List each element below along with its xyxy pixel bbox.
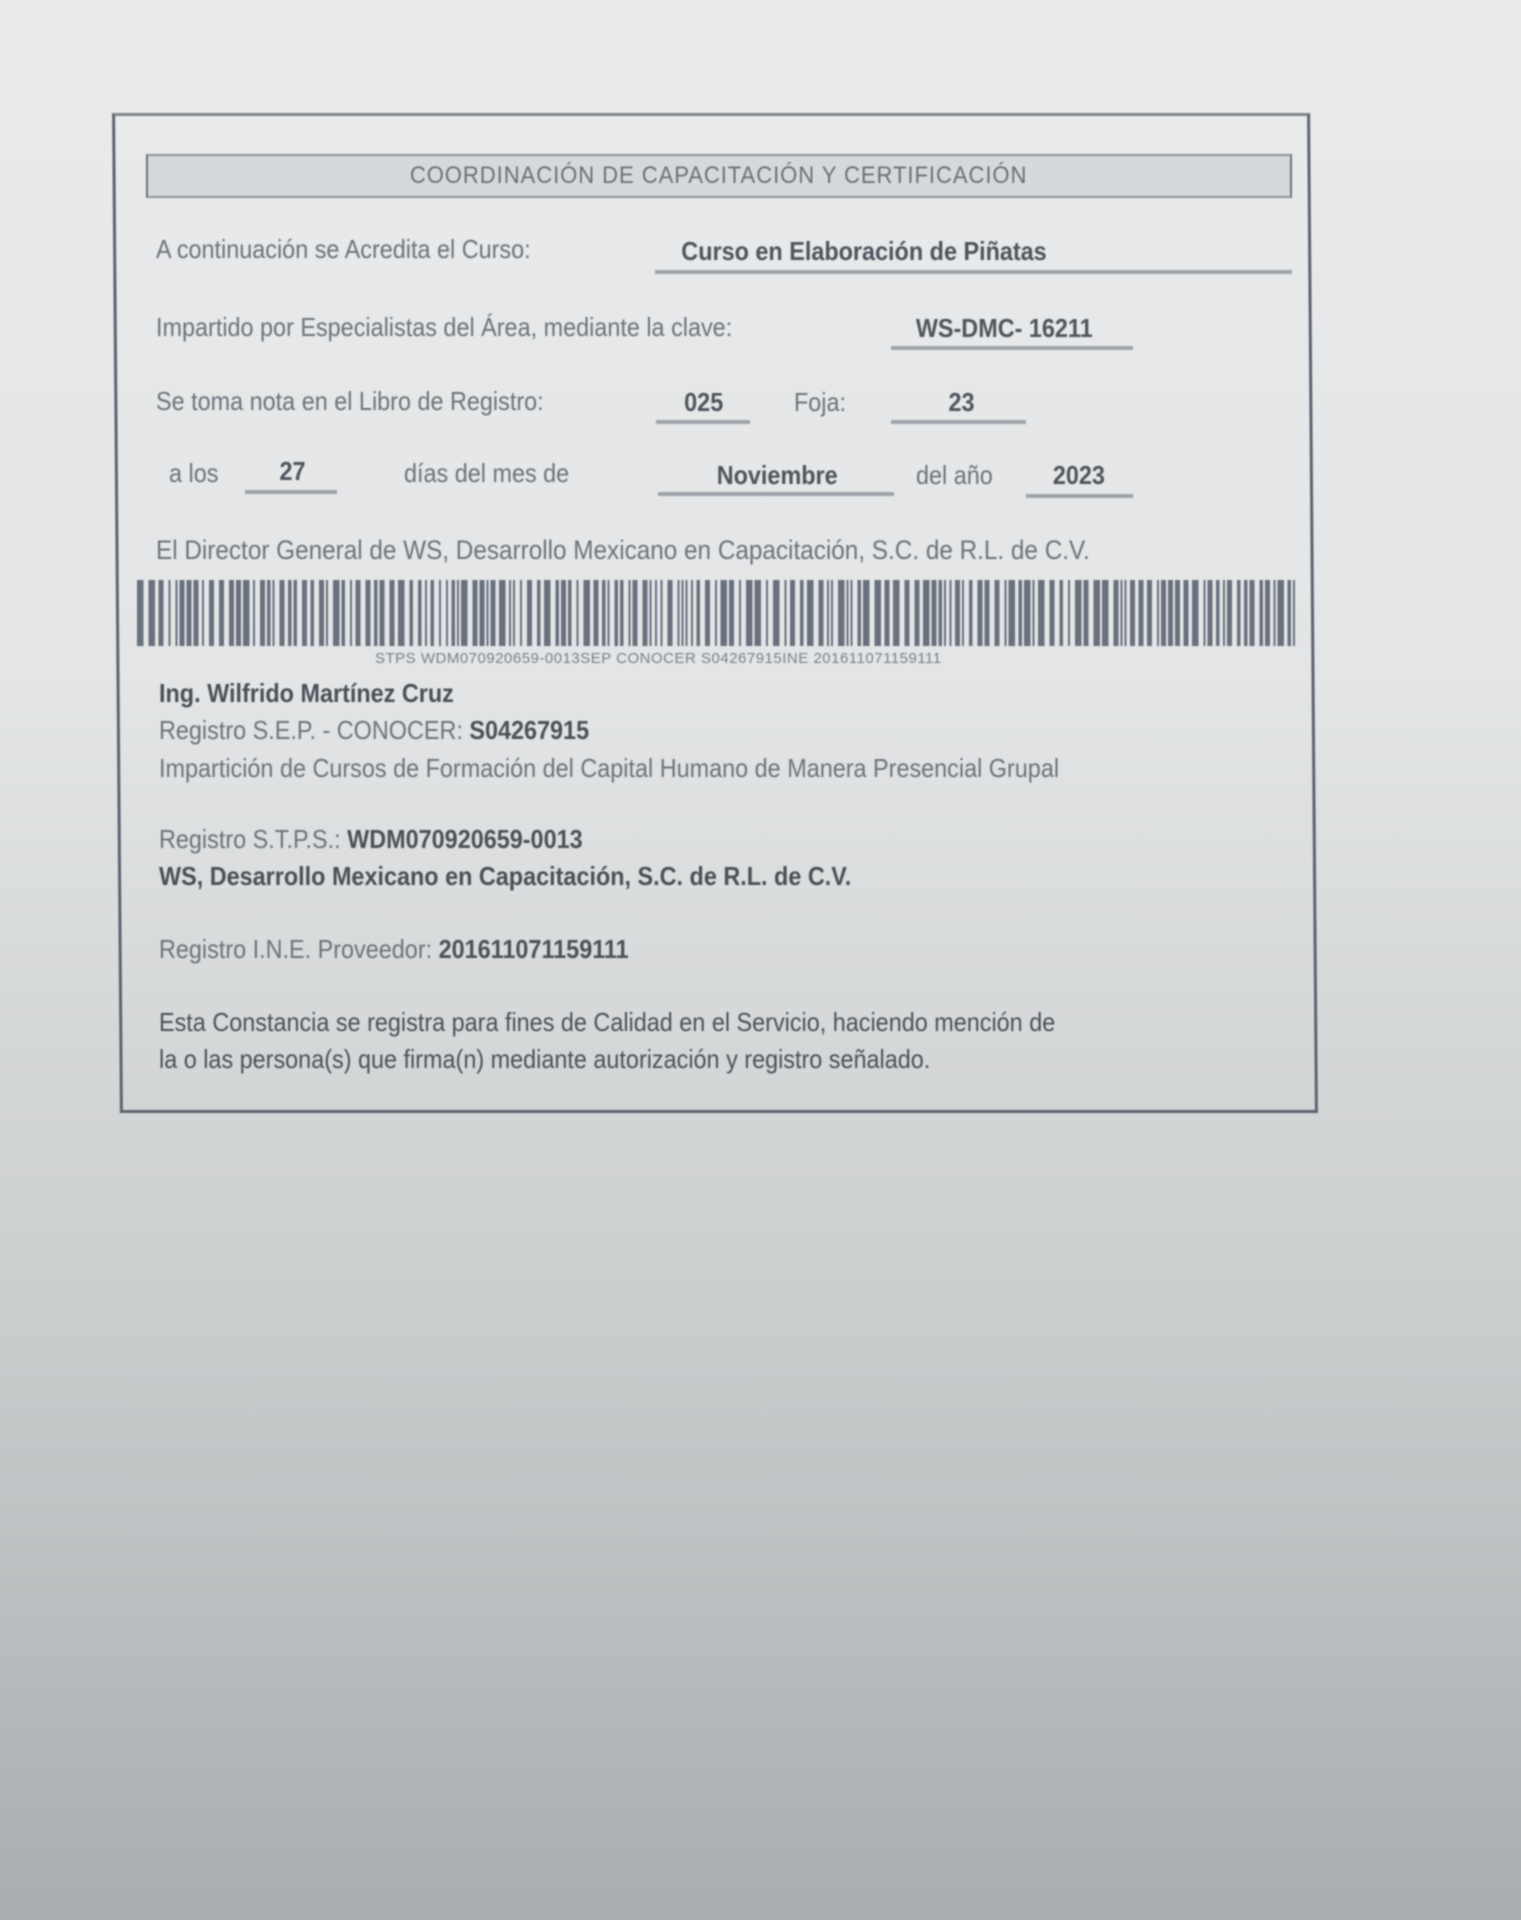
sep-value: S04267915 <box>469 715 589 745</box>
ine-registration: Registro I.N.E. Proveedor: 2016110711591… <box>159 934 629 965</box>
book-value: 025 <box>684 387 723 418</box>
signer-name: Ing. Wilfrido Martínez Cruz <box>159 678 454 709</box>
ine-label: Registro I.N.E. Proveedor: <box>159 934 439 964</box>
course-value: Curso en Elaboración de Piñatas <box>681 236 1046 267</box>
director-line: El Director General de WS, Desarrollo Me… <box>156 535 1090 566</box>
sep-registration: Registro S.E.P. - CONOCER: S04267915 <box>159 715 589 746</box>
month-value: Noviembre <box>717 460 838 491</box>
day-value: 27 <box>279 456 305 487</box>
month-label: días del mes de <box>404 458 569 489</box>
month-underline <box>658 492 894 496</box>
key-underline <box>891 346 1133 350</box>
book-underline <box>656 420 750 424</box>
day-underline <box>245 490 337 494</box>
barcode-caption: STPS WDM070920659-0013SEP CONOCER S04267… <box>375 650 942 667</box>
foja-value: 23 <box>948 387 974 418</box>
ine-value: 201611071159111 <box>439 934 629 964</box>
key-value: WS-DMC- 16211 <box>916 313 1093 344</box>
key-label: Impartido por Especialistas del Área, me… <box>156 312 732 343</box>
stps-value: WDM070920659-0013 <box>347 824 582 854</box>
book-label: Se toma nota en el Libro de Registro: <box>156 386 544 417</box>
barcode <box>137 580 1300 646</box>
stps-registration: Registro S.T.P.S.: WDM070920659-0013 <box>159 824 583 855</box>
foja-underline <box>891 420 1026 424</box>
course-underline <box>655 270 1292 274</box>
footer-line-2: la o las persona(s) que firma(n) mediant… <box>159 1044 930 1075</box>
course-label: A continuación se Acredita el Curso: <box>156 234 531 265</box>
year-label: del año <box>916 460 993 491</box>
imparticion-line: Impartición de Cursos de Formación del C… <box>159 753 1059 784</box>
header-title: COORDINACIÓN DE CAPACITACIÓN Y CERTIFICA… <box>410 162 1027 190</box>
foja-label: Foja: <box>794 387 846 418</box>
company-name: WS, Desarrollo Mexicano en Capacitación,… <box>159 861 851 892</box>
year-underline <box>1026 494 1133 498</box>
header-band: COORDINACIÓN DE CAPACITACIÓN Y CERTIFICA… <box>146 154 1292 198</box>
stps-label: Registro S.T.P.S.: <box>159 824 347 854</box>
sep-label: Registro S.E.P. - CONOCER: <box>159 715 469 745</box>
year-value: 2023 <box>1053 460 1105 491</box>
footer-line-1: Esta Constancia se registra para fines d… <box>159 1007 1055 1038</box>
day-prefix: a los <box>169 458 218 489</box>
